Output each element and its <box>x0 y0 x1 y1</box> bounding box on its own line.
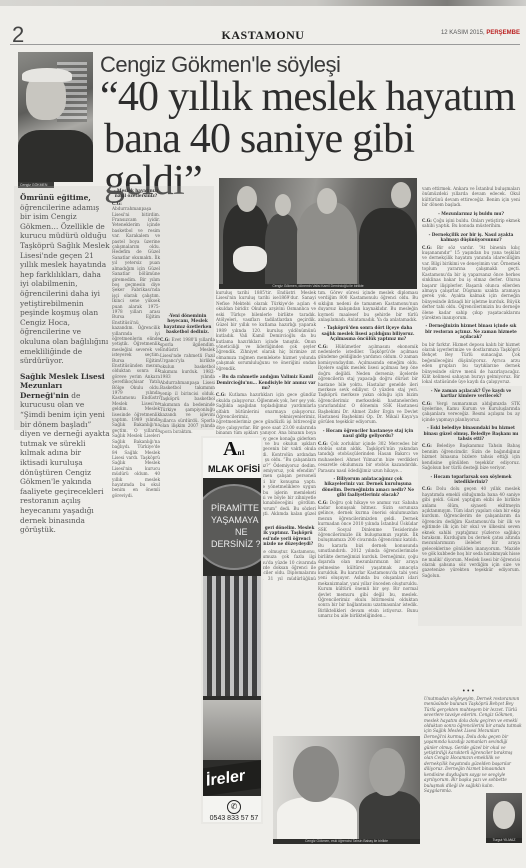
photo-face <box>237 186 257 212</box>
author-name: Turgut YILMAZ <box>486 838 522 843</box>
ad-slogan: PİRAMİTTE YAŞAMAYA NE DERSİNİZ ? <box>201 484 263 570</box>
answer-label: C.G: <box>318 500 328 505</box>
answer-label: C.G: <box>422 486 432 491</box>
question: - Mezunlarınız iş buldu mu? <box>422 211 520 216</box>
headline-line-1: “40 yıllık meslek hayatım <box>100 74 515 120</box>
answer-label: C.G: <box>160 337 170 342</box>
ad-logo: An1 MLAK OFİSİ <box>203 438 263 478</box>
bottom-photo-caption: Cengiz Gökmen, eski öğrencisi Tahsin Bab… <box>273 839 420 844</box>
question: - Eski belediye binasındaki bu hizmet bi… <box>422 425 520 441</box>
answer: C.G: Evet 1980'li yıllarda sporla ilgile… <box>160 337 215 434</box>
slogan-line: PİRAMİTTE <box>211 502 263 514</box>
answer-label: C.G: <box>422 401 432 406</box>
photo-person-2 <box>359 791 420 839</box>
photo-person <box>223 204 269 284</box>
intro-paragraph-2: Sağlık Meslek Lisesi Mezunları Derneği'n… <box>20 372 110 535</box>
photo-person <box>359 208 417 284</box>
answer-label: C.G: <box>422 218 432 223</box>
slogan-line: DERSİNİZ ? <box>211 538 263 550</box>
photo-face <box>391 182 411 208</box>
main-photo-caption: Cengiz Gökmen, dönemin Valisi Kamil Demi… <box>219 284 417 289</box>
answer-text: Belediye Başkanımız Tahsin Babaş bennim … <box>422 443 520 470</box>
paragraph: kuruluş tarihi 1885'tir. Endüstri Meslek… <box>216 290 316 371</box>
answer: C.G: Hükümetler açılmasını ekonomik nede… <box>318 344 418 425</box>
answer: C.G: Belediye Başkanımız Tahsin Babaş be… <box>422 443 520 470</box>
answer-text: Evet 1980'li yıllarda sporla ilgilendim.… <box>160 337 215 434</box>
paragraph: vam ettirmek. Ankara ve İstanbul buluşma… <box>422 186 520 208</box>
answer-text: Abdurrahmanpaşa Lisesi'ni bitirdim. Fran… <box>112 206 160 498</box>
answer: C.G: Dolu dolu geçen 40 yıllık meslek ha… <box>422 486 520 578</box>
ad-phone-number: 0543 833 57 57 <box>203 814 263 823</box>
question: - Bu da rahmetle andığım Valimiz Kamil D… <box>216 374 316 390</box>
answer-text: Hükümetler açılmasını ekonomik nedenlerl… <box>318 344 418 425</box>
answer-label: C.G: <box>216 392 226 397</box>
answer-text: Çoğu işini buldu. Onları yetiştirip ekme… <box>422 218 520 228</box>
slogan-line: NE <box>211 526 263 538</box>
photo-figure <box>18 130 93 182</box>
photo-face <box>317 188 337 214</box>
article-column-1: - Meslek hayatınızı nasıl özetlersiniz? … <box>112 185 160 425</box>
answer-label: C.G: <box>318 441 328 446</box>
question: - Biliyorum anlatacağınız çok hikayeleri… <box>318 476 418 498</box>
intro-paragraph-1: Ömrünü eğitime, öğrencilerine adamış bir… <box>20 193 110 366</box>
question: - Ne zaman açılacak? Üye kaydı ve kartla… <box>422 388 520 399</box>
scan-edge <box>0 0 526 6</box>
answer: C.G: Bir söz vardır. “At binenin kılıç k… <box>422 245 520 321</box>
question: - Meslek hayatınızı nasıl özetlersiniz? <box>112 188 160 199</box>
ad-banner: İreler <box>203 760 263 797</box>
answer-text: bu bir farktır. Hizmet deposu kalıtı bir… <box>422 342 520 385</box>
answer: C.G: Abdurrahmanpaşa Lisesi'ni bitirdim.… <box>112 201 160 498</box>
author-photo <box>486 793 522 843</box>
photo-person <box>265 214 299 284</box>
answer-text: Doğru çok hikaye ve anımız var. Sabaha k… <box>318 500 418 619</box>
question: - Dernekçilik zor bir iş. Nasıl ayakta k… <box>422 232 520 243</box>
article-intro: Ömrünü eğitime, öğrencilerine adamış bir… <box>20 193 110 541</box>
weekday: PERŞEMBE <box>486 30 520 36</box>
ad-logo-text: MLAK OFİSİ <box>203 464 263 474</box>
answer-label: C.G: <box>112 201 122 206</box>
question: -Yeni döneminin heyecanı, Meslek hayatın… <box>160 313 215 335</box>
intro-body-2: de kurucusu olan ve “Şimdi benim için ye… <box>20 391 110 534</box>
photo-face-2 <box>369 748 405 796</box>
date-text: 12 KASIM 2015, <box>441 30 485 36</box>
phone-icon: ✆ <box>227 800 241 814</box>
article-column-2: -Yeni döneminin heyecanı, Meslek hayatın… <box>160 310 215 405</box>
answer-text: Vergi numaramızı aldığımızda STK üyeleri… <box>422 401 520 422</box>
logo-letter: A <box>223 438 237 460</box>
photo-object <box>233 246 267 272</box>
ad-logo-letter: An1 <box>203 438 263 464</box>
intro-lead-2: Sağlık Meslek Lisesi Mezunları Derneği'n… <box>20 372 105 400</box>
issue-date: 12 KASIM 2015, PERŞEMBE <box>441 30 520 36</box>
slogan-line: YAŞAMAYA <box>211 514 263 526</box>
photo-person <box>297 202 357 284</box>
bottom-photo <box>273 736 420 839</box>
intro-lead-1: Ömrünü eğitime, <box>20 193 91 202</box>
question: - Derneğinizin hizmet binası içinde sık … <box>422 323 520 339</box>
answer: C.G: Vergi numaramızı aldığımızda STK üy… <box>422 401 520 423</box>
closing-note: Unutmadan söyleyeyim, Dernek restoranını… <box>424 696 522 793</box>
ad-interior-image <box>203 700 263 760</box>
logo-sub: n1 <box>238 449 245 457</box>
newspaper-page: 2 KASTAMONU 12 KASIM 2015, PERŞEMBE Ceng… <box>0 0 526 868</box>
ad-contact: ✆ 0543 833 57 57 <box>203 796 263 824</box>
ad-building-image <box>203 576 263 696</box>
answer-label: C.G: <box>422 443 432 448</box>
answer-text: Bir söz vardır. “At binenin kılıç kuşana… <box>422 245 520 320</box>
header-rule <box>10 44 520 45</box>
portrait-photo <box>18 52 93 182</box>
photo-face <box>275 194 291 216</box>
answer-label: C.G: <box>318 344 328 349</box>
answer: C.G: Çok zorluklar içinde 302 Mercedes b… <box>318 441 418 473</box>
answer: C.G: Doğru çok hikaye ve anımız var. Sab… <box>318 500 418 619</box>
real-estate-advertisement: An1 MLAK OFİSİ PİRAMİTTE YAŞAMAYA NE DER… <box>201 436 263 824</box>
article-column-5: vam ettirmek. Ankara ve İstanbul buluşma… <box>422 186 520 580</box>
answer: C.G: Çoğu işini buldu. Onları yetiştirip… <box>422 218 520 229</box>
photo-face-1 <box>293 746 339 802</box>
photo-cap <box>22 68 72 82</box>
author-face <box>493 801 515 829</box>
intro-body-1: öğrencilerine adamış bir isim Cengiz Gök… <box>20 203 110 366</box>
answer-text: Dolu dolu geçen 40 yıllık meslek hayatım… <box>422 486 520 578</box>
portrait-caption: Cengiz GÖKMEN <box>18 182 54 188</box>
question: - Hocam öğrenciler hastaneye staj için n… <box>318 428 418 439</box>
article-column-4: tım. Görev süresi içinde meslek diplomas… <box>318 290 418 621</box>
main-photo <box>219 178 417 284</box>
answer-text: Çok zorluklar içinde 302 Mercedes bir ot… <box>318 441 418 473</box>
paragraph: tım. Görev süresi içinde meslek diplomas… <box>318 290 418 322</box>
photo-person-1 <box>277 797 357 839</box>
question: - Hocam toparlarsak son söylemek istedik… <box>422 474 520 485</box>
question: - Taşköprü'den sonra dört ilçeye daha sa… <box>318 325 418 341</box>
answer-label: C.G: <box>422 245 432 250</box>
section-separator: ••• <box>462 688 476 695</box>
